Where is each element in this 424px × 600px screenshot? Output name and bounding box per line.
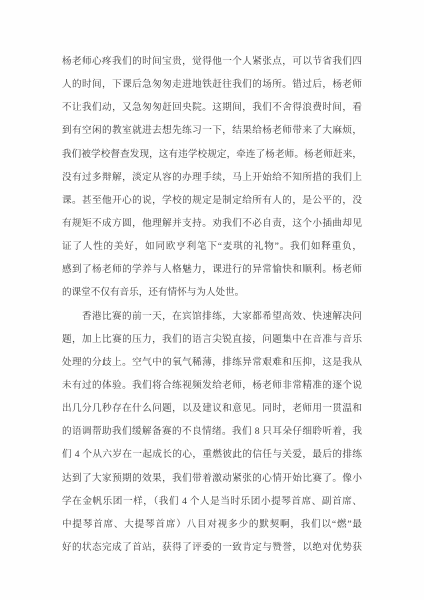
text-line: 达到了大家预期的效果，我们带着激动紧张的心情开始比赛了。像小 bbox=[62, 467, 362, 490]
text-line: 未有过的体验。我们将合练视频发给老师，杨老师非常精准的逐个说 bbox=[62, 374, 362, 397]
text-line-paragraph-end: 的课堂不仅有音乐，还有情怀与为人处世。 bbox=[62, 281, 362, 304]
text-line: 们 4 个从六岁在一起成长的心，重燃彼此的信任与关爱，最后的排练 bbox=[62, 443, 362, 466]
text-line: 好的状态完成了首站，获得了评委的一致肯定与赞誉，以绝对优势获 bbox=[62, 536, 362, 559]
text-line: 出几分几秒存在什么问题，以及建议和意见。同时，老师用一贯温和 bbox=[62, 397, 362, 420]
text-line: 不让我们动，又急匆匆赶回央院。这期间，我们不舍得浪费时间，看 bbox=[62, 96, 362, 119]
text-line: 证了人性的美好，如同欧亨利笔下“麦琪的礼物”。我们如释重负， bbox=[62, 235, 362, 258]
text-line: 人的时间，下课后急匆匆走进地铁赶往我们的场所。错过后，杨老师 bbox=[62, 73, 362, 96]
document-page: 杨老师心疼我们的时间宝贵，觉得他一个人紧张点，可以节省我们四 人的时间，下课后急… bbox=[0, 0, 424, 600]
text-line: 我们被学校督查发现，这有违学校规定，牵连了杨老师。杨老师赶来， bbox=[62, 143, 362, 166]
text-line: 处理的分歧上。空气中的氧气稀薄，排练异常艰难和压抑，这是我从 bbox=[62, 351, 362, 374]
text-line: 没有过多辩解，淡定从容的办理手续，马上开始给不知所措的我们上 bbox=[62, 166, 362, 189]
text-line-paragraph-start: 香港比赛的前一天，在宾馆排练，大家都希望高效、快速解决问 bbox=[62, 305, 362, 328]
text-line: 感到了杨老师的学养与人格魅力，课进行的异常愉快和顺利。杨老师 bbox=[62, 258, 362, 281]
text-line: 中提琴首席、大提琴首席）八目对视多少的默契啊，我们以“燃”最 bbox=[62, 513, 362, 536]
text-line: 有规矩不成方圆，他理解并支持。劝我们不必自责，这个小插曲却见 bbox=[62, 212, 362, 235]
text-line: 的语调帮助我们缓解备赛的不良情绪。我们 8 只耳朵仔细聆听着，我 bbox=[62, 420, 362, 443]
text-line: 学在金帆乐团一样，（我们 4 个人是当时乐团小提琴首席、副首席、 bbox=[62, 490, 362, 513]
text-line: 课。甚至他开心的说，学校的规定是制定给所有人的，是公平的，没 bbox=[62, 189, 362, 212]
text-block: 杨老师心疼我们的时间宝贵，觉得他一个人紧张点，可以节省我们四 人的时间，下课后急… bbox=[62, 50, 362, 559]
text-line: 题，加上比赛的压力，我们的语言尖锐直接，问题集中在音准与音乐 bbox=[62, 328, 362, 351]
text-line: 杨老师心疼我们的时间宝贵，觉得他一个人紧张点，可以节省我们四 bbox=[62, 50, 362, 73]
text-line: 到有空闲的教室就进去想先练习一下，结果给杨老师带来了大麻烦， bbox=[62, 119, 362, 142]
